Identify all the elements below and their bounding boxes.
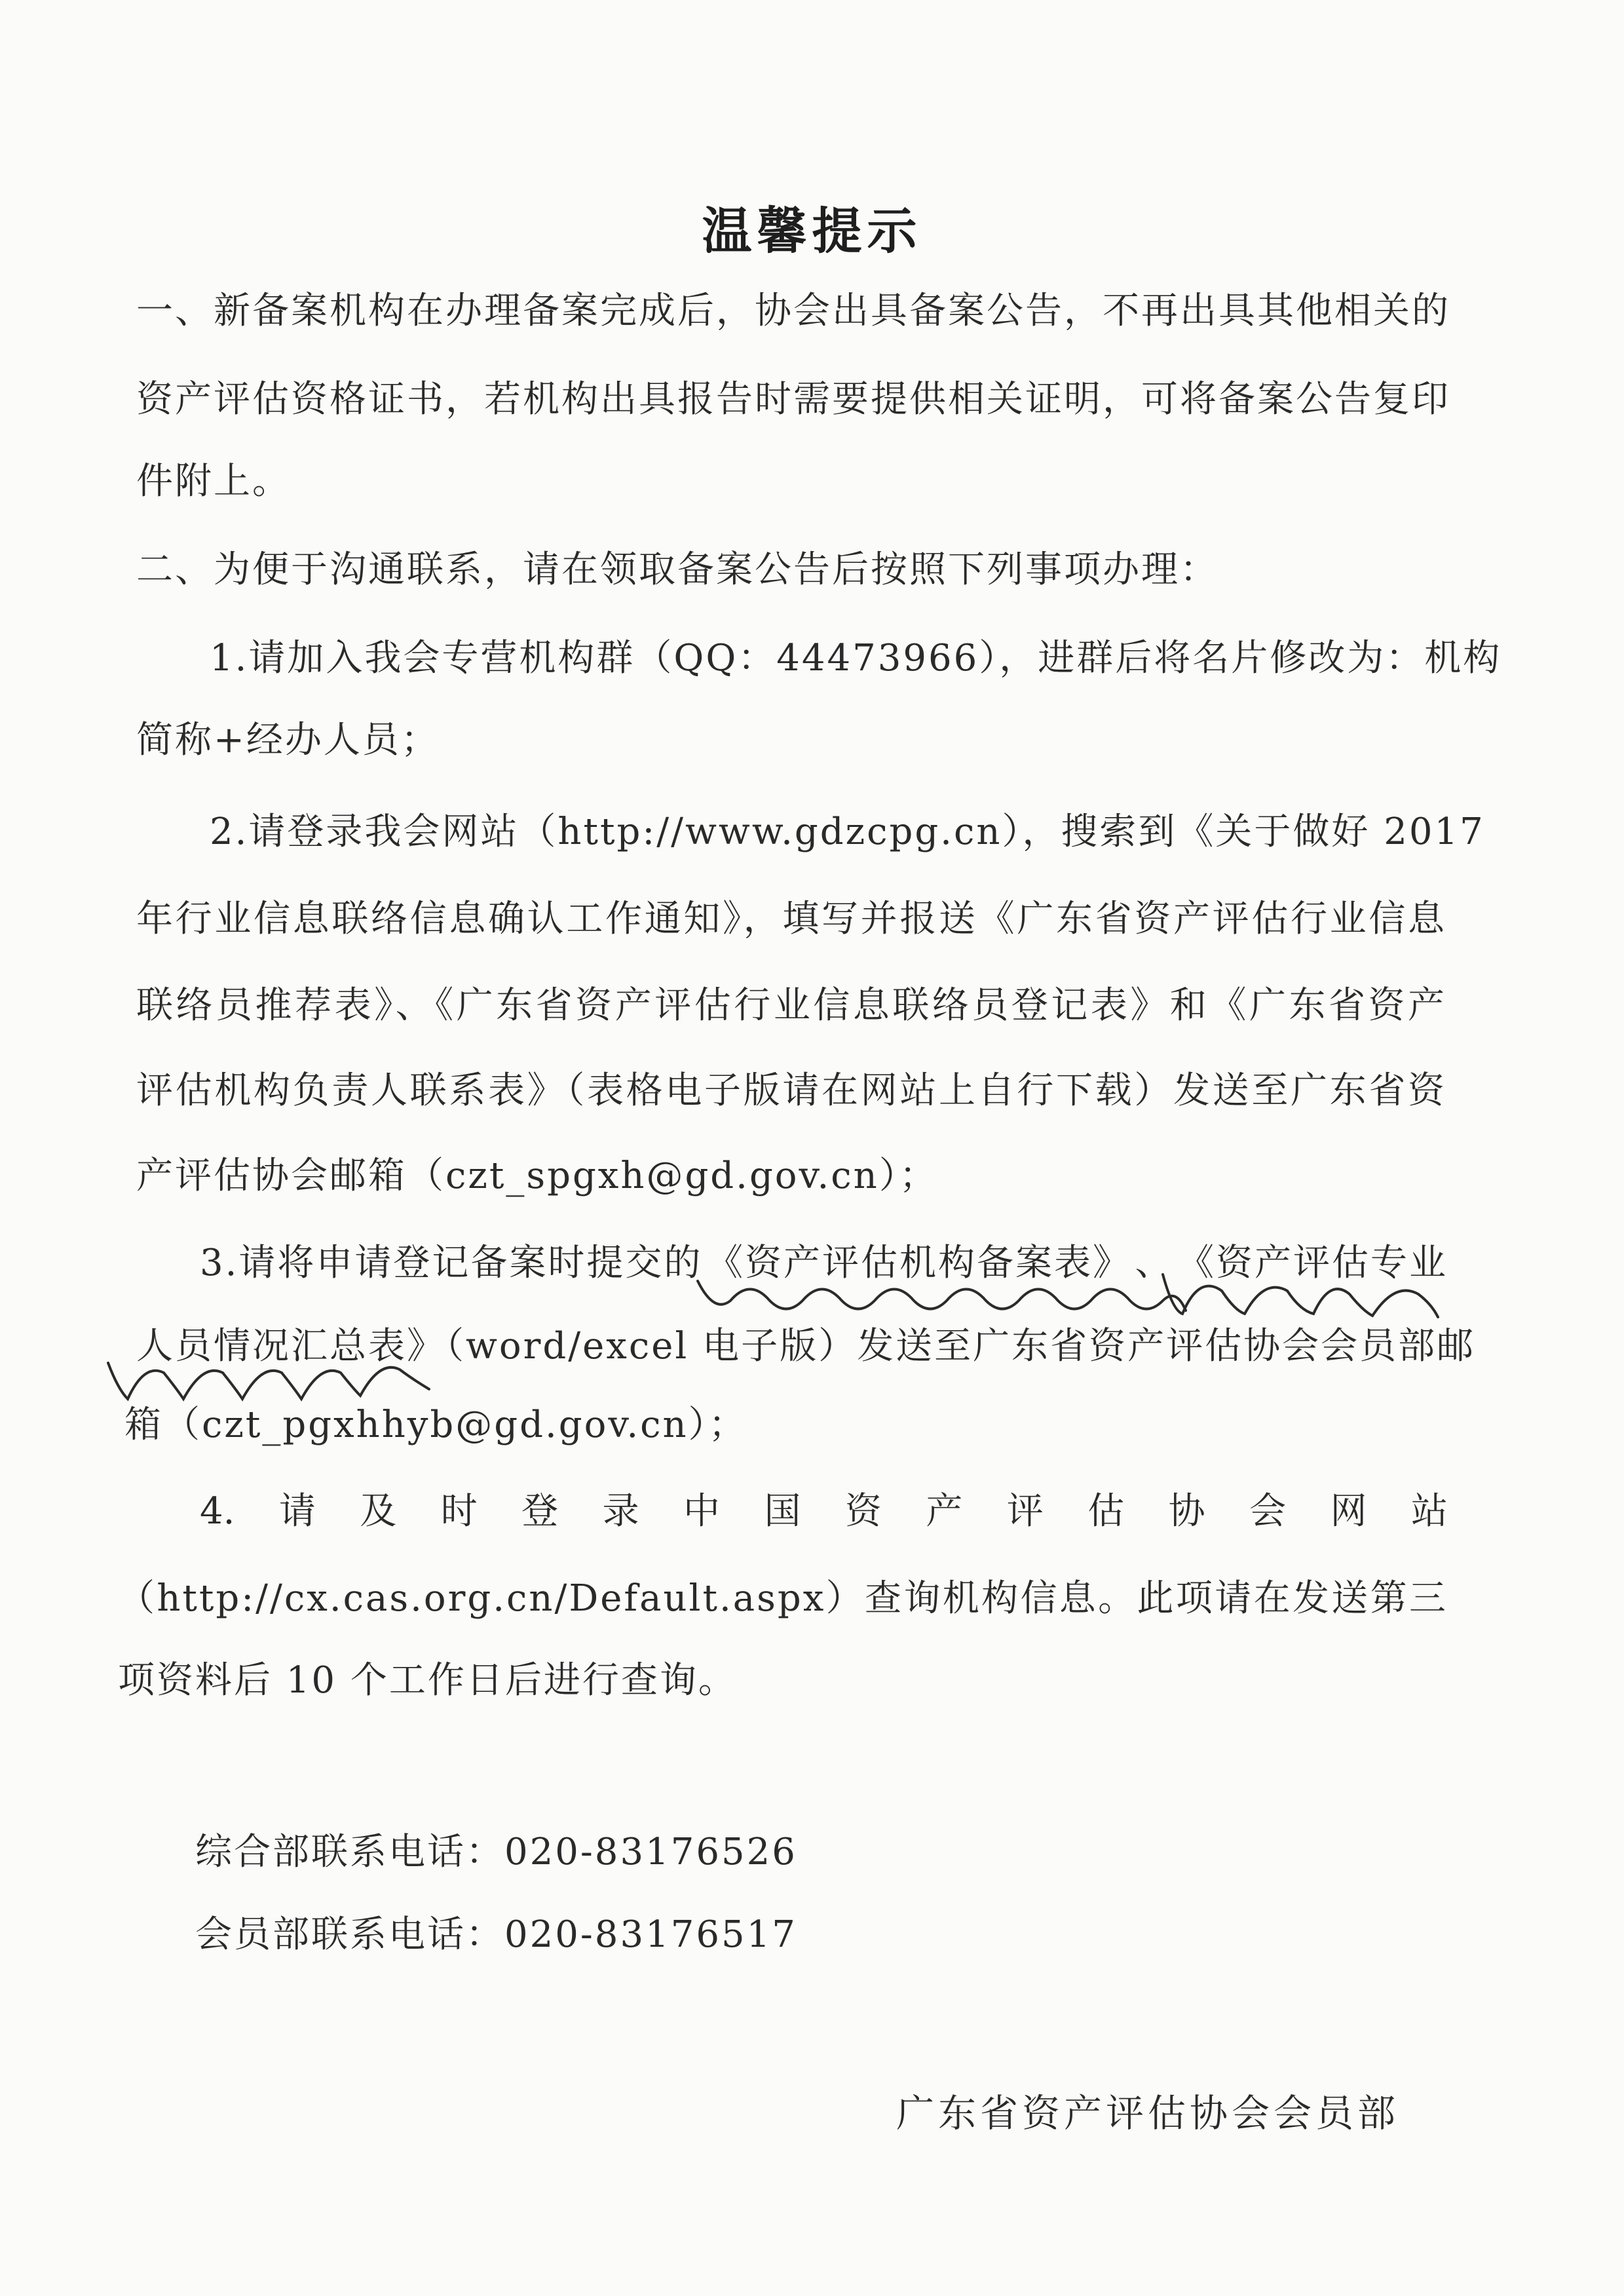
- item-4-line-2: （http://cx.cas.org.cn/Default.aspx）查询机构信…: [118, 1576, 1448, 1622]
- wavy-underline-mark-2: [1160, 1271, 1448, 1324]
- item-2-line-1: 2.请登录我会网站（http://www.gdzcpg.cn），搜索到《关于做好…: [210, 809, 1446, 855]
- item-2-line-4: 评估机构负责人联系表》（表格电子版请在网站上自行下载）发送至广东省资: [136, 1068, 1446, 1114]
- section-1-line-1: 一、新备案机构在办理备案完成后，协会出具备案公告，不再出具其他相关的: [136, 288, 1446, 334]
- document-page: 温馨提示 一、新备案机构在办理备案完成后，协会出具备案公告，不再出具其他相关的 …: [0, 0, 1624, 2296]
- item-3-line-2-rest: （word/excel 电子版）发送至广东省资产评估协会会员部邮: [445, 1325, 1475, 1368]
- page-title: 温馨提示: [0, 191, 1624, 263]
- item-4-line-3: 项资料后 10 个工作日后进行查询。: [118, 1658, 737, 1704]
- section-2-heading: 二、为便于沟通联系，请在领取备案公告后按照下列事项办理：: [136, 547, 1218, 593]
- item-1-line-2: 简称+经办人员；: [136, 717, 440, 763]
- item-2-line-3: 联络员推荐表》、《广东省资产评估行业信息联络员登记表》和《广东省资产: [136, 983, 1446, 1029]
- item-2-line-2: 年行业信息联络信息确认工作通知》，填写并报送《广东省资产评估行业信息: [136, 896, 1446, 942]
- contact-membership-dept: 会员部联系电话：020-83176517: [195, 1912, 797, 1958]
- contact-general-dept: 综合部联系电话：020-83176526: [195, 1829, 797, 1875]
- signature: 广东省资产评估协会会员部: [896, 2090, 1399, 2136]
- section-1-line-2: 资产评估资格证书，若机构出具报告时需要提供相关证明，可将备案公告复印: [136, 377, 1446, 423]
- item-1-line-1: 1.请加入我会专营机构群（QQ：44473966），进群后将名片修改为：机构: [210, 636, 1446, 681]
- section-1-line-3: 件附上。: [136, 459, 291, 505]
- wavy-underline-mark-3: [105, 1350, 445, 1402]
- item-3-line-3: 箱（czt_pgxhhyb@gd.gov.cn）；: [124, 1402, 747, 1448]
- wavy-underline-mark-1: [694, 1274, 1192, 1320]
- item-4-line-1: 4.请及时登录中国资产评估协会网站: [200, 1489, 1448, 1535]
- item-3-prefix: 3.请将申请登记备案时提交的: [200, 1240, 702, 1286]
- item-2-line-5: 产评估协会邮箱（czt_spgxh@gd.gov.cn）；: [136, 1153, 938, 1199]
